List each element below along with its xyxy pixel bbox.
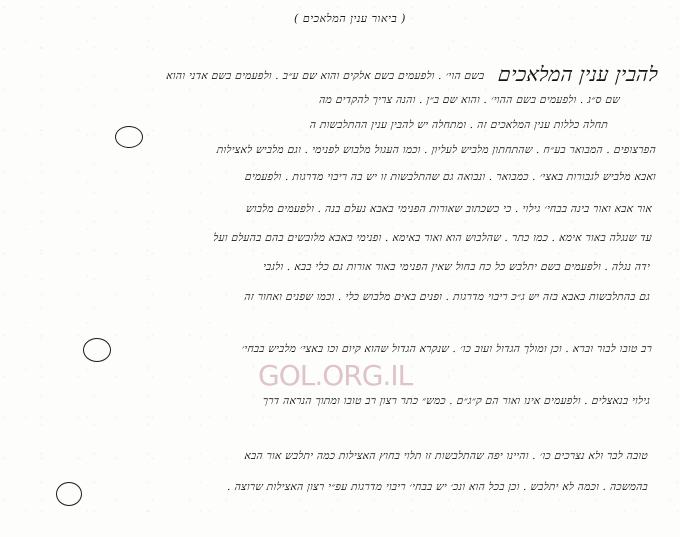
circled-word-mark [115, 126, 143, 148]
manuscript-line: בהמשכה . וכמה לא יתלבש . וכן בכל הוא ונכ… [31, 481, 648, 493]
line-text: גם בהתלבשות באבא בזה יש ג״כ ריבוי מדרגות… [244, 291, 651, 303]
line-text: בשם הוי׳ . ולפעמים בשם אלקים והוא שם ע״ב… [166, 70, 485, 82]
manuscript-line: ידה נגלה . ולפעמים בשם יתלבש כל כח בחול … [29, 261, 650, 273]
circled-word-mark [56, 482, 82, 506]
manuscript-line: להבין ענין המלאכים בשם הוי׳ . ולפעמים בש… [57, 62, 660, 87]
line-text: ידה נגלה . ולפעמים בשם יתלבש כל כח בחול … [262, 261, 650, 273]
manuscript-line: עד שנגלה באור אימא . כמו כתר . שהלבוש הו… [27, 232, 652, 244]
line-text: רב טובו לבור וברא . וכן ומולך הגדול ועוב… [241, 343, 653, 355]
line-text: גילוי בנאצלים . ולפעמים אינו ואור הם ק״ג… [262, 395, 650, 407]
circled-word-mark [83, 338, 111, 362]
page-title: ( ביאור ענין המלאכים ) [250, 12, 450, 25]
line-text: אור אבא ואור בינה בבחי׳ גילוי . כי כשכתו… [245, 203, 652, 215]
manuscript-line: תחלה כללות ענין המלאכים זה . ומתחלה יש ל… [27, 119, 608, 131]
manuscript-line: שם ס״ג . ולפעמים בשם ההוי׳ . והוא שם ב״ן… [39, 94, 620, 106]
line-text: עד שנגלה באור אימא . כמו כתר . שהלבוש הו… [213, 232, 653, 244]
manuscript-line: רב טובו לבור וברא . וכן ומולך הגדול ועוב… [25, 343, 652, 355]
watermark: GOL.ORG.IL [258, 359, 412, 392]
line-text: בהמשכה . וכמה לא יתלבש . וכן בכל הוא ונכ… [227, 481, 649, 493]
manuscript-line: גם בהתלבשות באבא בזה יש ג״כ ריבוי מדרגות… [27, 291, 650, 303]
opening-heading: להבין ענין המלאכים [497, 62, 659, 86]
manuscript-line: טובה לבר ולא נצרכים כו׳ . והיינו יפה שהת… [31, 450, 648, 462]
line-text: טובה לבר ולא נצרכים כו׳ . והיינו יפה שהת… [244, 450, 649, 462]
line-text: הפרצופים . המבואר בע״ח . שהתחתון מלביש ל… [216, 144, 656, 156]
line-text: שם ס״ג . ולפעמים בשם ההוי׳ . והוא שם ב״ן… [319, 94, 621, 106]
line-text: תחלה כללות ענין המלאכים זה . ומתחלה יש ל… [309, 119, 608, 131]
manuscript-page: ( ביאור ענין המלאכים ) להבין ענין המלאכי… [0, 0, 680, 537]
manuscript-line: גילוי בנאצלים . ולפעמים אינו ואור הם ק״ג… [29, 395, 650, 407]
manuscript-line: ואבא מלביש לגבורות באצי׳ . כמבואר . ונבו… [23, 171, 656, 183]
manuscript-line: אור אבא ואור בינה בבחי׳ גילוי . כי כשכתו… [31, 203, 652, 215]
line-text: ואבא מלביש לגבורות באצי׳ . כמבואר . ונבו… [244, 171, 656, 183]
